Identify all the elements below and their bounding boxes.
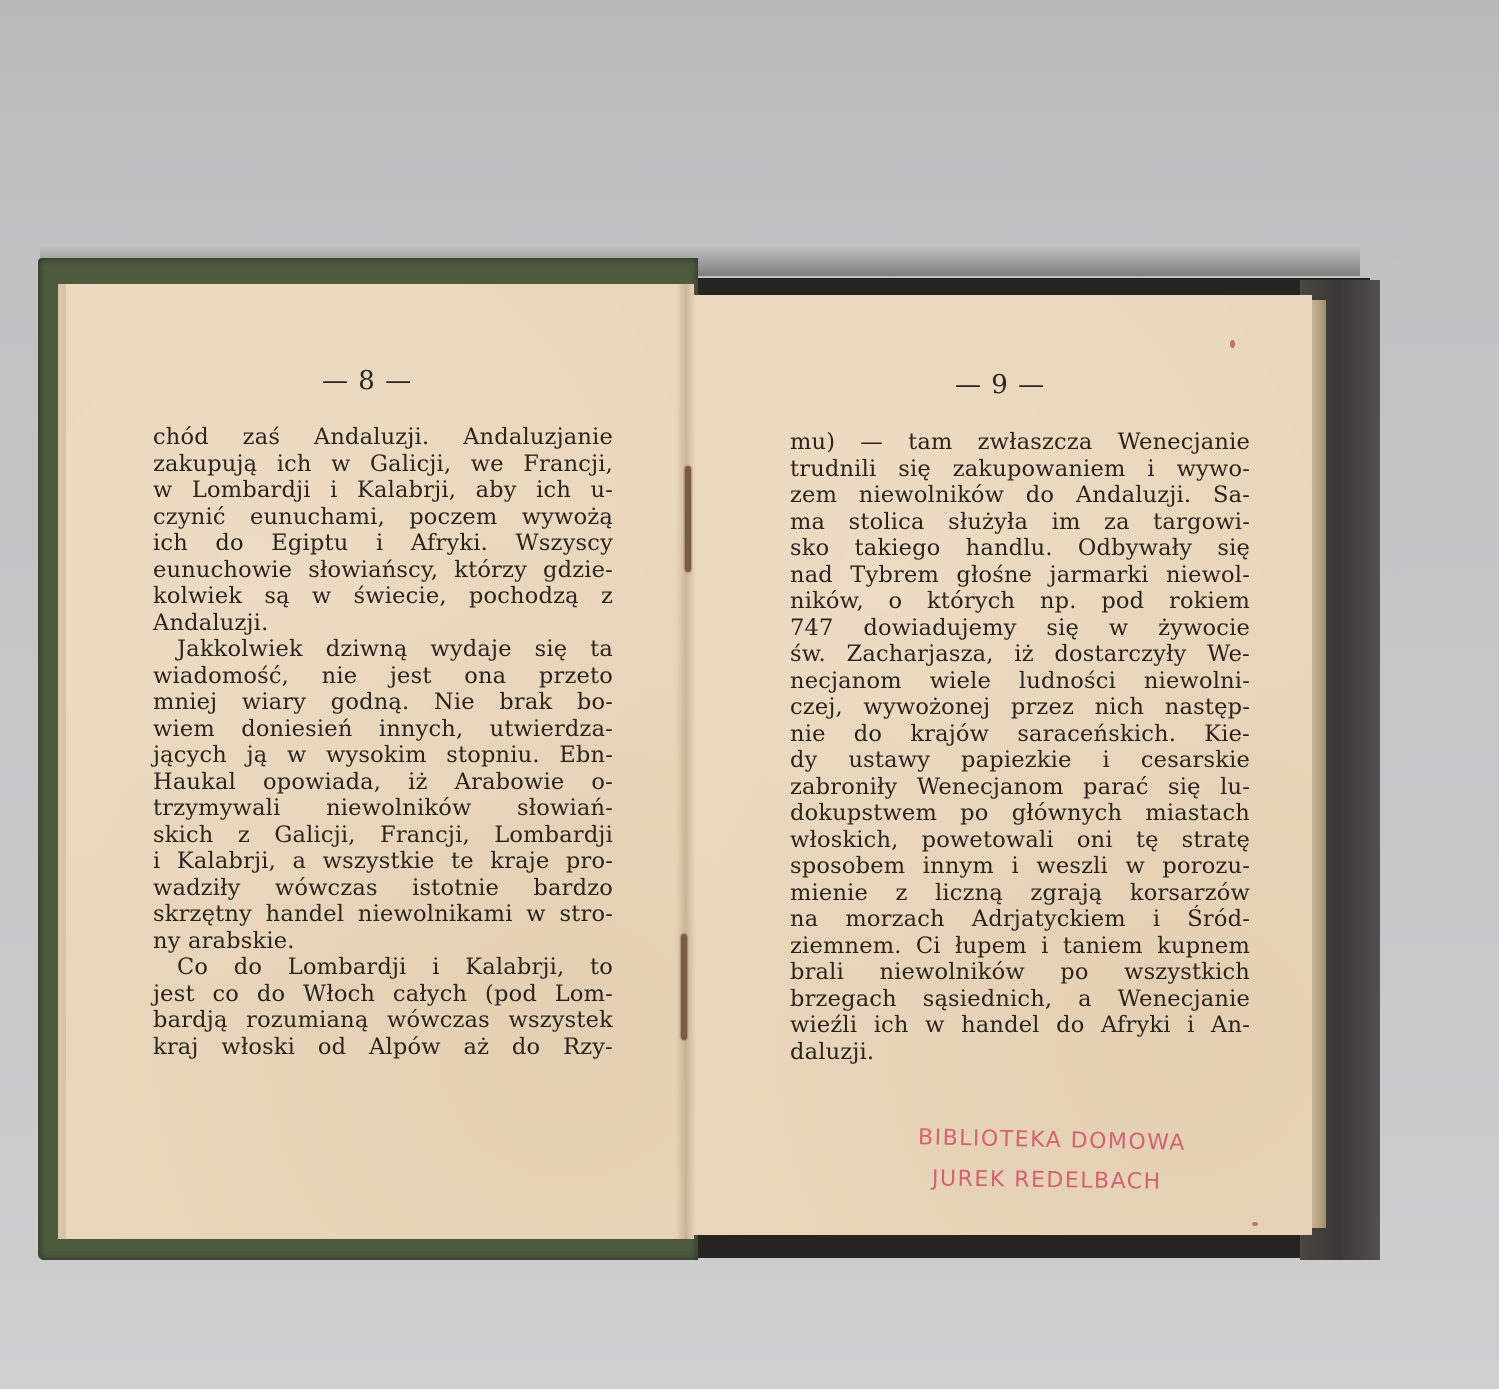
right-page-edge — [1312, 300, 1326, 1228]
text-line: zakupują ich w Galicji, we Francji, — [153, 451, 613, 478]
text-line: trzymywali niewolników słowiań- — [153, 795, 613, 822]
text-line: dy ustawy papiezkie i cesarskie — [790, 747, 1250, 774]
paper-spot — [1230, 340, 1235, 348]
text-line: czynić eunuchami, poczem wywożą — [153, 504, 613, 531]
text-line: skrzętny handel niewolnikami w stro- — [153, 901, 613, 928]
text-line: mniej wiary godną. Nie brak bo- — [153, 689, 613, 716]
text-line: ziemnem. Ci łupem i taniem kupnem — [790, 933, 1250, 960]
text-line: Haukal opowiada, iż Arabowie o- — [153, 769, 613, 796]
text-line: i Kalabrji, a wszystkie te kraje pro- — [153, 848, 613, 875]
text-line: trudnili się zakupowaniem i wywo- — [790, 456, 1250, 483]
book-gutter — [676, 284, 696, 1239]
text-line: czej, wywożonej przez nich następ- — [790, 694, 1250, 721]
text-line: chód zaś Andaluzji. Andaluzjanie — [153, 424, 613, 451]
text-line: brali niewolników po wszystkich — [790, 959, 1250, 986]
text-line: skich z Galicji, Francji, Lombardji — [153, 822, 613, 849]
text-line: wiem doniesień innych, utwierdza- — [153, 716, 613, 743]
binding-stitch-icon — [685, 466, 691, 572]
text-line: jest co do Włoch całych (pod Lom- — [153, 981, 613, 1008]
text-line: kraj włoski od Alpów aż do Rzy- — [153, 1034, 613, 1061]
left-page-text: chód zaś Andaluzji. Andaluzjanie zakupuj… — [153, 424, 613, 1060]
text-line: zabroniły Wenecjanom parać się lu- — [790, 774, 1250, 801]
text-line: ich do Egiptu i Afryki. Wszyscy — [153, 530, 613, 557]
binding-stitch-icon — [681, 934, 687, 1040]
text-line: nie do krajów saraceńskich. Kie- — [790, 721, 1250, 748]
text-line: ny arabskie. — [153, 928, 613, 955]
text-line: sko takiego handlu. Odbywały się — [790, 535, 1250, 562]
text-line: na morzach Adrjatyckiem i Śród- — [790, 906, 1250, 933]
text-line: wadziły wówczas istotnie bardzo — [153, 875, 613, 902]
text-line: eunuchowie słowiańscy, którzy gdzie- — [153, 557, 613, 584]
text-line: Co do Lombardji i Kalabrji, to — [153, 954, 613, 981]
page-number-left: — 8 — — [322, 366, 412, 396]
text-line: nad Tybrem głośne jarmarki niewol- — [790, 562, 1250, 589]
text-line: brzegach sąsiednich, a Wenecjanie — [790, 986, 1250, 1013]
page-number-right: — 9 — — [955, 370, 1045, 400]
text-line: jących ją w wysokim stopniu. Ebn- — [153, 742, 613, 769]
text-line: kolwiek są w świecie, pochodzą z — [153, 583, 613, 610]
text-line: św. Zacharjasza, iż dostarczyły We- — [790, 641, 1250, 668]
text-line: ma stolica służyła im za targowi- — [790, 509, 1250, 536]
text-line: zem niewolników do Andaluzji. Sa- — [790, 482, 1250, 509]
library-stamp-line-2: JUREK REDELBACH — [932, 1166, 1162, 1194]
text-line: 747 dowiadujemy się w żywocie — [790, 615, 1250, 642]
text-line: włoskich, powetowali oni tę stratę — [790, 827, 1250, 854]
text-line: Jakkolwiek dziwną wydaje się ta — [153, 636, 613, 663]
text-line: w Lombardji i Kalabrji, aby ich u- — [153, 477, 613, 504]
text-line: dokupstwem po głównych miastach — [790, 800, 1250, 827]
text-line: daluzji. — [790, 1039, 1250, 1066]
text-line: mienie z liczną zgrają korsarzów — [790, 880, 1250, 907]
text-line: bardją rozumianą wówczas wszystek — [153, 1007, 613, 1034]
text-line: wiadomość, nie jest ona przeto — [153, 663, 613, 690]
right-page-text: mu) — tam zwłaszcza Wenecjanie trudnili … — [790, 429, 1250, 1065]
text-line: Andaluzji. — [153, 610, 613, 637]
text-line: sposobem innym i weszli w porozu- — [790, 853, 1250, 880]
text-line: mu) — tam zwłaszcza Wenecjanie — [790, 429, 1250, 456]
text-line: ników, o których np. pod rokiem — [790, 588, 1250, 615]
text-line: wieźli ich w handel do Afryki i An- — [790, 1012, 1250, 1039]
paper-spot — [1252, 1222, 1258, 1226]
text-line: necjanom wiele ludności niewolni- — [790, 668, 1250, 695]
